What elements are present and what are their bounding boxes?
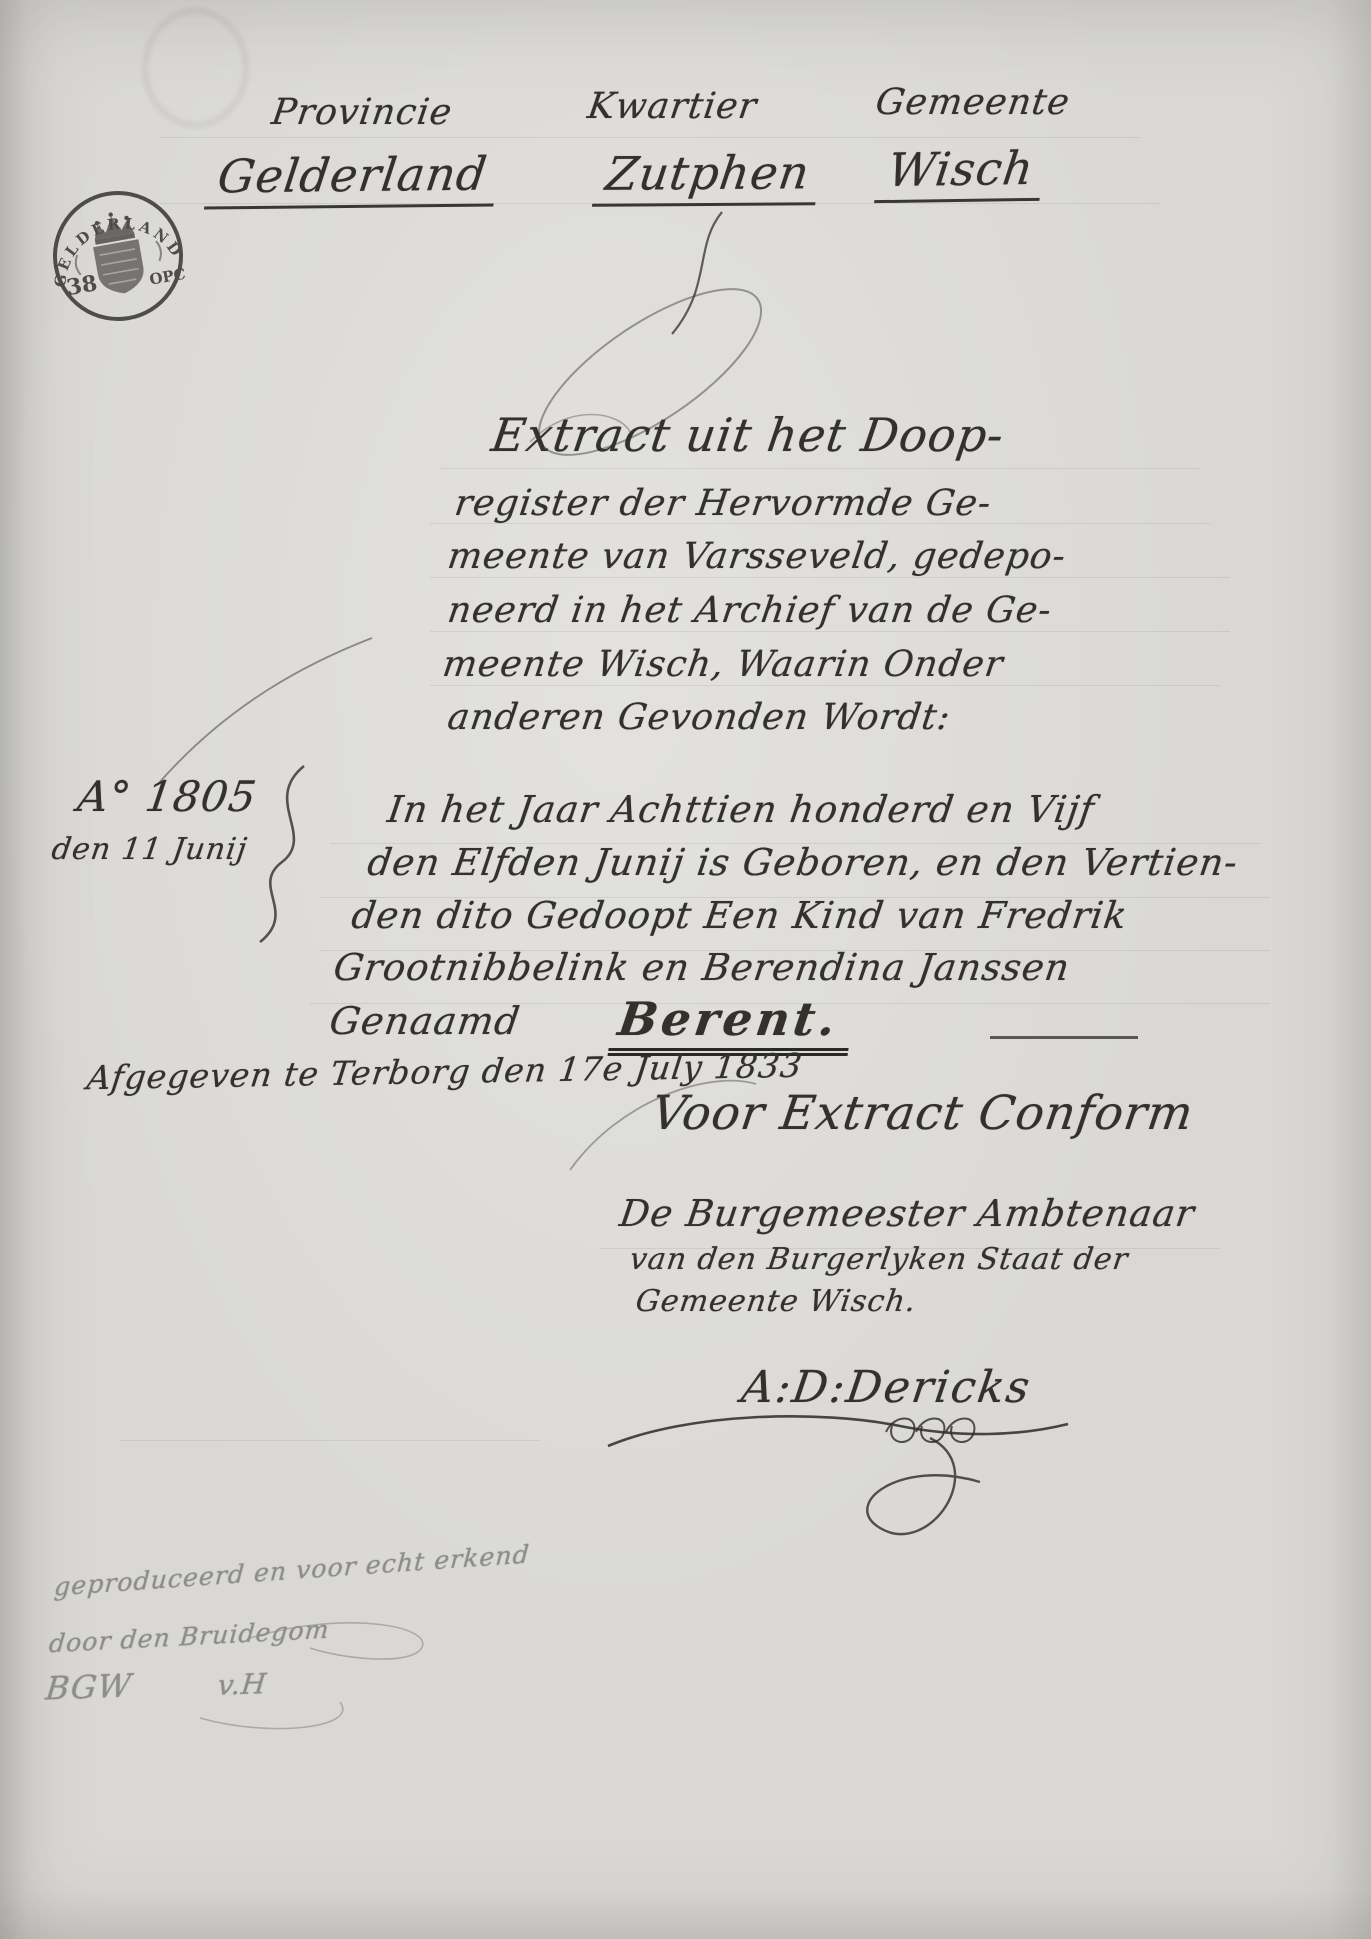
ruled-line xyxy=(160,137,1140,138)
embossed-seal xyxy=(142,8,249,128)
header-label-kwartier: Kwartier xyxy=(585,86,760,127)
ruled-line xyxy=(430,577,1230,578)
gelderland-stamp-icon: GELDERLAND. 38 OPC xyxy=(37,175,199,337)
official-line: Gemeente Wisch. xyxy=(634,1284,919,1319)
ruled-line xyxy=(430,631,1230,632)
genaamd-label: Genaamd xyxy=(327,999,523,1043)
annotation-initials-right: v.H xyxy=(216,1667,269,1702)
intro-line: meente van Varsseveld, gedepo- xyxy=(445,536,1069,577)
signature: A:D:Dericks xyxy=(738,1362,1034,1413)
margin-flourish xyxy=(150,632,380,792)
body-line: In het Jaar Achttien honderd en Vijf xyxy=(385,788,1098,831)
official-line: van den Burgerlyken Staat der xyxy=(628,1242,1131,1277)
certification-line: Voor Extract Conform xyxy=(648,1086,1197,1141)
intro-line: neerd in het Archief van de Ge- xyxy=(445,590,1054,631)
body-line: Grootnibbelink en Berendina Janssen xyxy=(331,946,1073,989)
intro-line: register der Hervormde Ge- xyxy=(452,483,994,524)
annotation-line: door den Bruidegom xyxy=(48,1615,331,1659)
stamp-right-value: OPC xyxy=(148,265,187,289)
signature-flourish xyxy=(600,1398,1080,1578)
stamp-arc-text: GELDERLAND. xyxy=(37,175,189,292)
stamp-left-value: 38 xyxy=(65,270,100,301)
intro-line: anderen Gevonden Wordt: xyxy=(445,697,953,738)
document-page: Provincie Kwartier Gemeente Gelderland Z… xyxy=(0,0,1371,1939)
pen-flourish xyxy=(650,208,740,338)
ruled-line xyxy=(120,1440,540,1441)
margin-year: A° 1805 xyxy=(75,772,260,821)
body-line: den Elfden Junij is Geboren, en den Vert… xyxy=(365,841,1241,884)
header-value-zutphen: Zutphen xyxy=(592,145,823,207)
intro-line: meente Wisch, Waarin Onder xyxy=(440,644,1006,685)
header-value-wisch: Wisch xyxy=(874,141,1047,203)
header-value-gelderland: Gelderland xyxy=(204,146,501,209)
annotation-line: geproduceerd en voor echt erkend xyxy=(53,1540,531,1602)
intro-line: Extract uit het Doop- xyxy=(488,408,1008,462)
ruled-line xyxy=(440,468,1200,469)
margin-date: den 11 Junij xyxy=(50,832,250,867)
ruled-line xyxy=(430,685,1220,686)
annotation-initials-left: BGW xyxy=(44,1667,134,1708)
svg-text:GELDERLAND.: GELDERLAND. xyxy=(37,175,189,292)
official-line: De Burgemeester Ambtenaar xyxy=(617,1192,1198,1235)
header-label-provincie: Provincie xyxy=(269,92,455,133)
trailing-rule xyxy=(990,1036,1138,1039)
body-line: den dito Gedoopt Een Kind van Fredrik xyxy=(349,894,1130,937)
header-label-gemeente: Gemeente xyxy=(873,82,1073,123)
